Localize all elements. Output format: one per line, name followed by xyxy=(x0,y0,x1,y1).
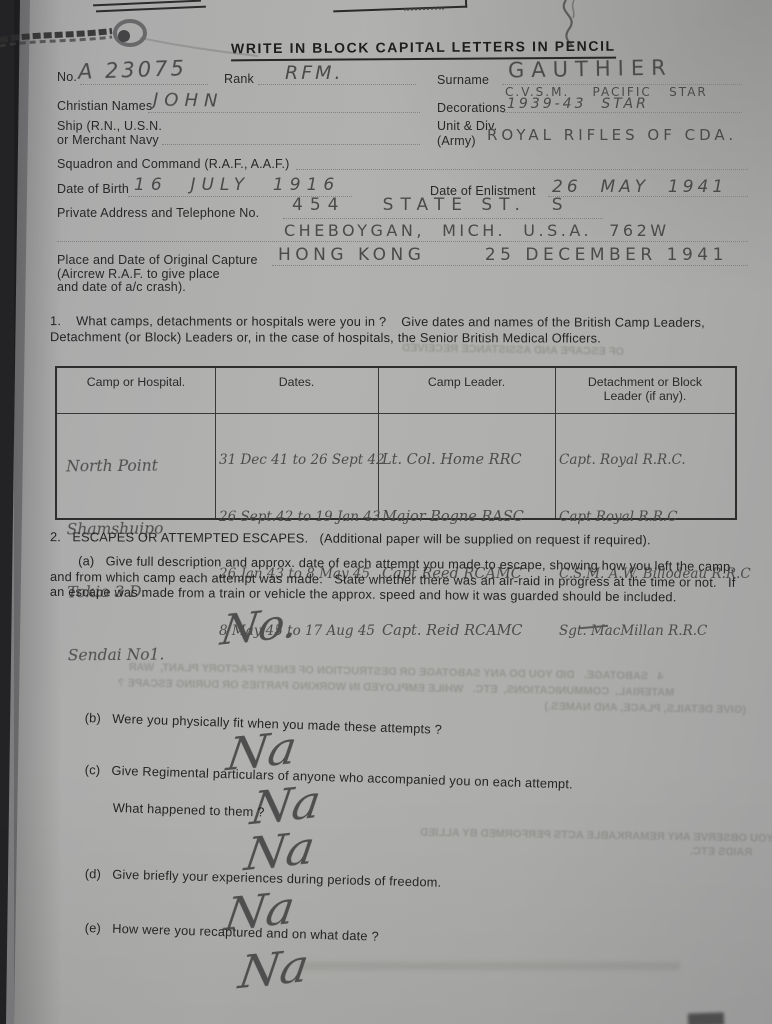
capture-value-handwriting: HONG KONG 25 DECEMBER 1941 xyxy=(278,245,728,265)
table-cell: Capt. Reid RCAMC xyxy=(382,619,524,644)
address-rule-2 xyxy=(57,241,281,242)
address-rule-3 xyxy=(283,241,748,242)
scanned-pow-questionnaire-page: WRITE IN BLOCK CAPITAL LETTERS IN PENCIL… xyxy=(0,0,772,1024)
squadron-label: Squadron and Command (R.A.F., A.A.F.) xyxy=(57,157,290,171)
table-cell: 31 Dec 41 to 26 Sept 42 xyxy=(219,448,385,473)
ship-rule xyxy=(162,144,420,145)
surname-value-handwriting: GAUTHIER xyxy=(508,56,673,83)
table-cell: Sgt. MacMillan R.R.C xyxy=(559,619,751,644)
christian-names-label: Christian Names xyxy=(57,99,152,113)
date-of-birth-value-handwriting: 16 JULY 1916 xyxy=(134,175,340,195)
block-leader-header: Detachment or Block Leader (if any). xyxy=(555,375,735,403)
ship-label-line1: Ship (R.N., U.S.N. xyxy=(57,119,162,133)
unit-div-value-handwriting: ROYAL RIFLES OF CDA. xyxy=(487,126,737,144)
question-2a-text: (a) Give full description and approx. da… xyxy=(50,553,752,606)
table-cell: Sendai No1. xyxy=(68,643,165,669)
surname-label: Surname xyxy=(437,73,489,87)
table-cell: Capt. Royal R.R.C. xyxy=(559,448,751,473)
capture-label-line1: Place and Date of Original Capture xyxy=(57,253,258,267)
christian-names-value-handwriting: JOHN xyxy=(153,89,224,111)
table-cell: Capt Royal R.R.C xyxy=(559,505,751,530)
question-1-text: 1. What camps, detachments or hospitals … xyxy=(50,313,746,346)
camp-table: Camp or Hospital. Dates. Camp Leader. De… xyxy=(55,366,737,520)
leader-header: Camp Leader. xyxy=(378,375,555,389)
cropped-page-mark xyxy=(688,1012,724,1024)
decorations-rule xyxy=(502,112,742,113)
date-of-birth-label: Date of Birth xyxy=(57,182,129,196)
table-cell: Lt. Col. Home RRC xyxy=(382,448,524,473)
capture-rule xyxy=(272,265,748,266)
rank-rule xyxy=(258,84,416,85)
address-label: Private Address and Telephone No. xyxy=(57,206,259,220)
decorations-label: Decorations xyxy=(437,101,506,115)
address-value-line2-handwriting: CHEBOYGAN, MICH. U.S.A. 762W xyxy=(284,221,670,240)
enlistment-value-handwriting: 26 MAY 1941 xyxy=(552,177,727,197)
no-rule xyxy=(80,84,208,85)
table-header-separator xyxy=(57,413,735,414)
bleed-through-text: RAIDS ETC. xyxy=(690,845,753,858)
bleed-through-smudge xyxy=(300,962,680,970)
capture-label-line3: and date of a/c crash). xyxy=(57,280,186,294)
christian-names-rule xyxy=(148,112,420,113)
ship-label-line2: or Merchant Navy xyxy=(57,133,159,147)
table-cell: 26 Sept.42 to 19 Jan 43 xyxy=(219,505,385,530)
table-cell: North Point xyxy=(66,454,163,480)
squadron-rule xyxy=(296,169,748,170)
rank-value-handwriting: RFM. xyxy=(285,62,344,84)
binding-string xyxy=(0,0,280,80)
decorations-value-handwriting: 1939-43 STAR xyxy=(507,96,649,112)
table-cell: Major Bogne RASC xyxy=(382,505,524,530)
camp-header: Camp or Hospital. xyxy=(57,375,215,389)
address-value-line1-handwriting: 454 STATE ST. S xyxy=(292,195,570,215)
unit-div-label-line2: (Army) xyxy=(437,134,476,148)
answer-a-handwriting: No. xyxy=(218,598,301,655)
capture-label-line2: (Aircrew R.A.F. to give place xyxy=(57,267,220,281)
dates-header: Dates. xyxy=(215,375,378,389)
address-rule-1 xyxy=(283,218,603,219)
